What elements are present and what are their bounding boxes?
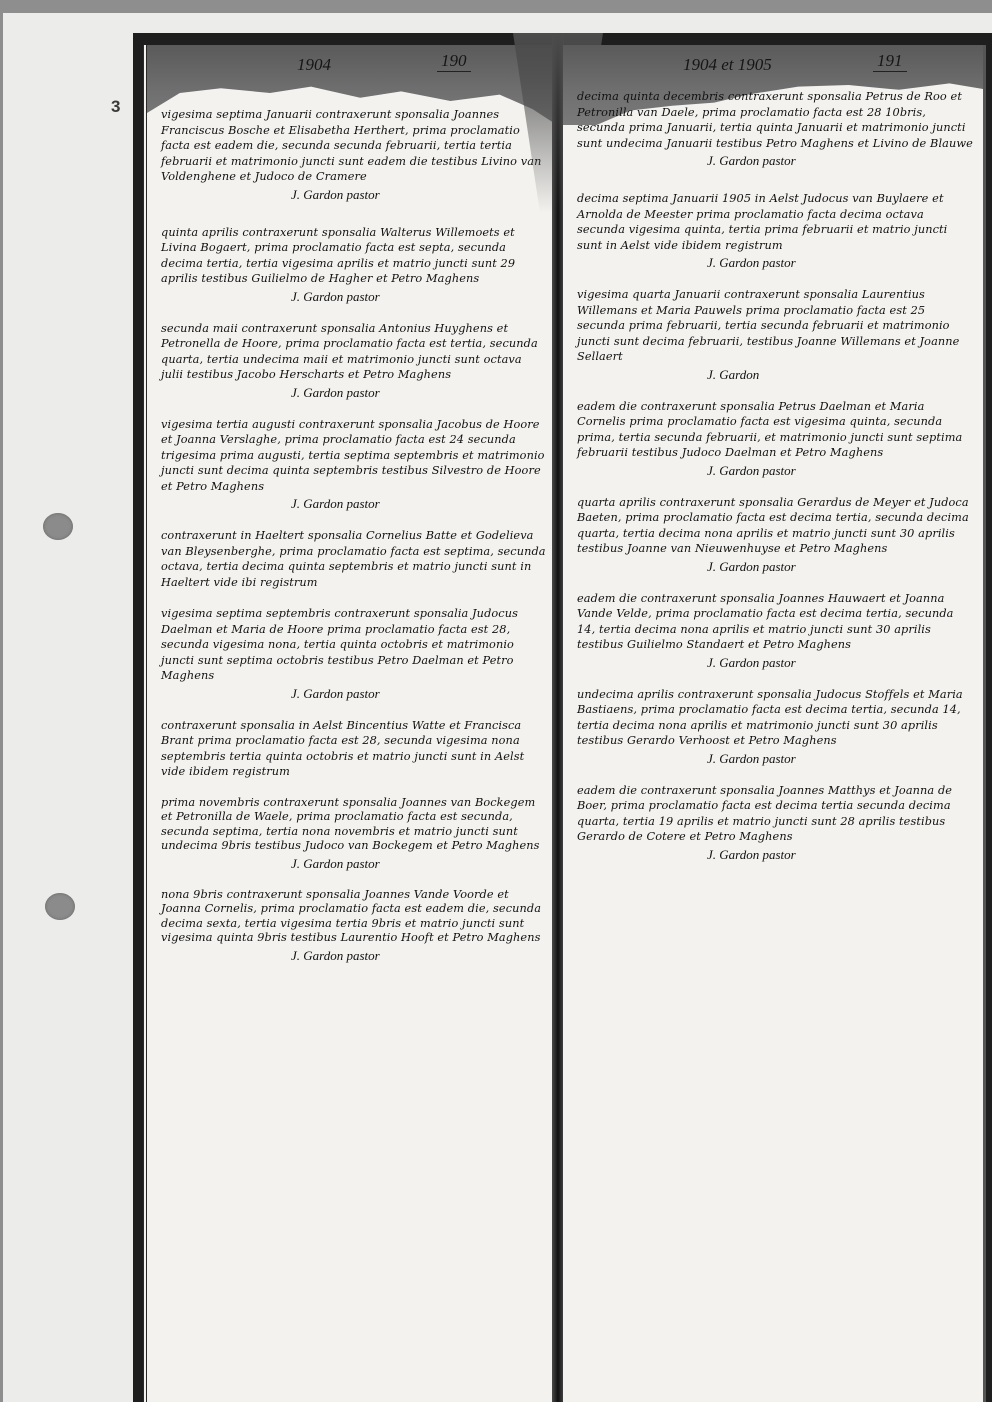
punch-hole-lower [45,893,75,920]
pastor-signature: J. Gardon pastor [161,187,547,203]
page-year: 1904 et 1905 [683,55,772,75]
page-year: 1904 [297,55,331,75]
entry-text: secunda maii contraxerunt sponsalia Anto… [161,321,547,383]
pastor-signature: J. Gardon pastor [161,948,547,964]
register-entry: contraxerunt sponsalia in Aelst Bincenti… [161,718,547,780]
entry-text: vigesima quarta Januarii contraxerunt sp… [577,287,973,365]
right-page: 1904 et 1905 191 decima quinta decembris… [563,45,986,1402]
register-entry: eadem die contraxerunt sponsalia Petrus … [577,399,973,479]
register-entry: vigesima tertia augusti contraxerunt spo… [161,417,547,513]
page-header: 1904 et 1905 191 [563,49,983,79]
register-entry: quinta aprilis contraxerunt sponsalia Wa… [161,225,547,305]
entry-text: quinta aprilis contraxerunt sponsalia Wa… [161,225,547,287]
pastor-signature: J. Gardon pastor [161,496,547,512]
register-entry: decima septima Januarii 1905 in Aelst Ju… [577,191,973,271]
register-entry: contraxerunt in Haeltert sponsalia Corne… [161,528,547,590]
register-entry: vigesima septima Januarii contraxerunt s… [161,107,547,203]
entry-text: undecima aprilis contraxerunt sponsalia … [577,687,973,749]
register-entry: secunda maii contraxerunt sponsalia Anto… [161,321,547,401]
entry-text: eadem die contraxerunt sponsalia Petrus … [577,399,973,461]
register-entry: decima quinta decembris contraxerunt spo… [577,89,973,169]
register-entry: eadem die contraxerunt sponsalia Joannes… [577,783,973,863]
pastor-signature: J. Gardon pastor [577,751,973,767]
entry-text: vigesima tertia augusti contraxerunt spo… [161,417,547,495]
pastor-signature: J. Gardon pastor [577,847,973,863]
entry-text: contraxerunt in Haeltert sponsalia Corne… [161,528,547,590]
register-entry: vigesima septima septembris contraxerunt… [161,606,547,702]
pastor-signature: J. Gardon pastor [161,385,547,401]
left-page: 1904 190 vigesima septima Januarii contr… [143,45,557,1402]
pastor-signature: J. Gardon pastor [577,655,973,671]
pastor-signature: J. Gardon pastor [161,856,547,872]
entry-text: prima novembris contraxerunt sponsalia J… [161,796,547,854]
entry-text: eadem die contraxerunt sponsalia Joannes… [577,783,973,845]
entry-text: vigesima septima Januarii contraxerunt s… [161,107,547,185]
entry-list: decima quinta decembris contraxerunt spo… [577,89,973,879]
register-entry: undecima aprilis contraxerunt sponsalia … [577,687,973,767]
punch-hole-upper [43,513,73,540]
pastor-signature: J. Gardon pastor [577,463,973,479]
pastor-signature: J. Gardon pastor [577,559,973,575]
entry-text: nona 9bris contraxerunt sponsalia Joanne… [161,888,547,946]
folio-number: 190 [437,51,471,72]
pastor-signature: J. Gardon pastor [577,153,973,169]
register-entry: eadem die contraxerunt sponsalia Joannes… [577,591,973,671]
entry-list: vigesima septima Januarii contraxerunt s… [161,107,547,964]
register-entry: prima novembris contraxerunt sponsalia J… [161,796,547,872]
register-entry: vigesima quarta Januarii contraxerunt sp… [577,287,973,383]
pastor-signature: J. Gardon pastor [577,255,973,271]
pastor-signature: J. Gardon pastor [161,289,547,305]
entry-text: eadem die contraxerunt sponsalia Joannes… [577,591,973,653]
pastor-signature: J. Gardon [577,367,973,383]
entry-text: vigesima septima septembris contraxerunt… [161,606,547,684]
register-entry: nona 9bris contraxerunt sponsalia Joanne… [161,888,547,964]
entry-text: decima septima Januarii 1905 in Aelst Ju… [577,191,973,253]
pastor-signature: J. Gardon pastor [161,686,547,702]
page-header: 1904 190 [147,49,557,79]
entry-text: quarta aprilis contraxerunt sponsalia Ge… [577,495,973,557]
register-book: 1904 190 vigesima septima Januarii contr… [133,33,992,1402]
sheet-number: 3 [111,97,120,117]
register-entry: quarta aprilis contraxerunt sponsalia Ge… [577,495,973,575]
entry-text: decima quinta decembris contraxerunt spo… [577,89,973,151]
folio-number: 191 [873,51,907,72]
entry-text: contraxerunt sponsalia in Aelst Bincenti… [161,718,547,780]
